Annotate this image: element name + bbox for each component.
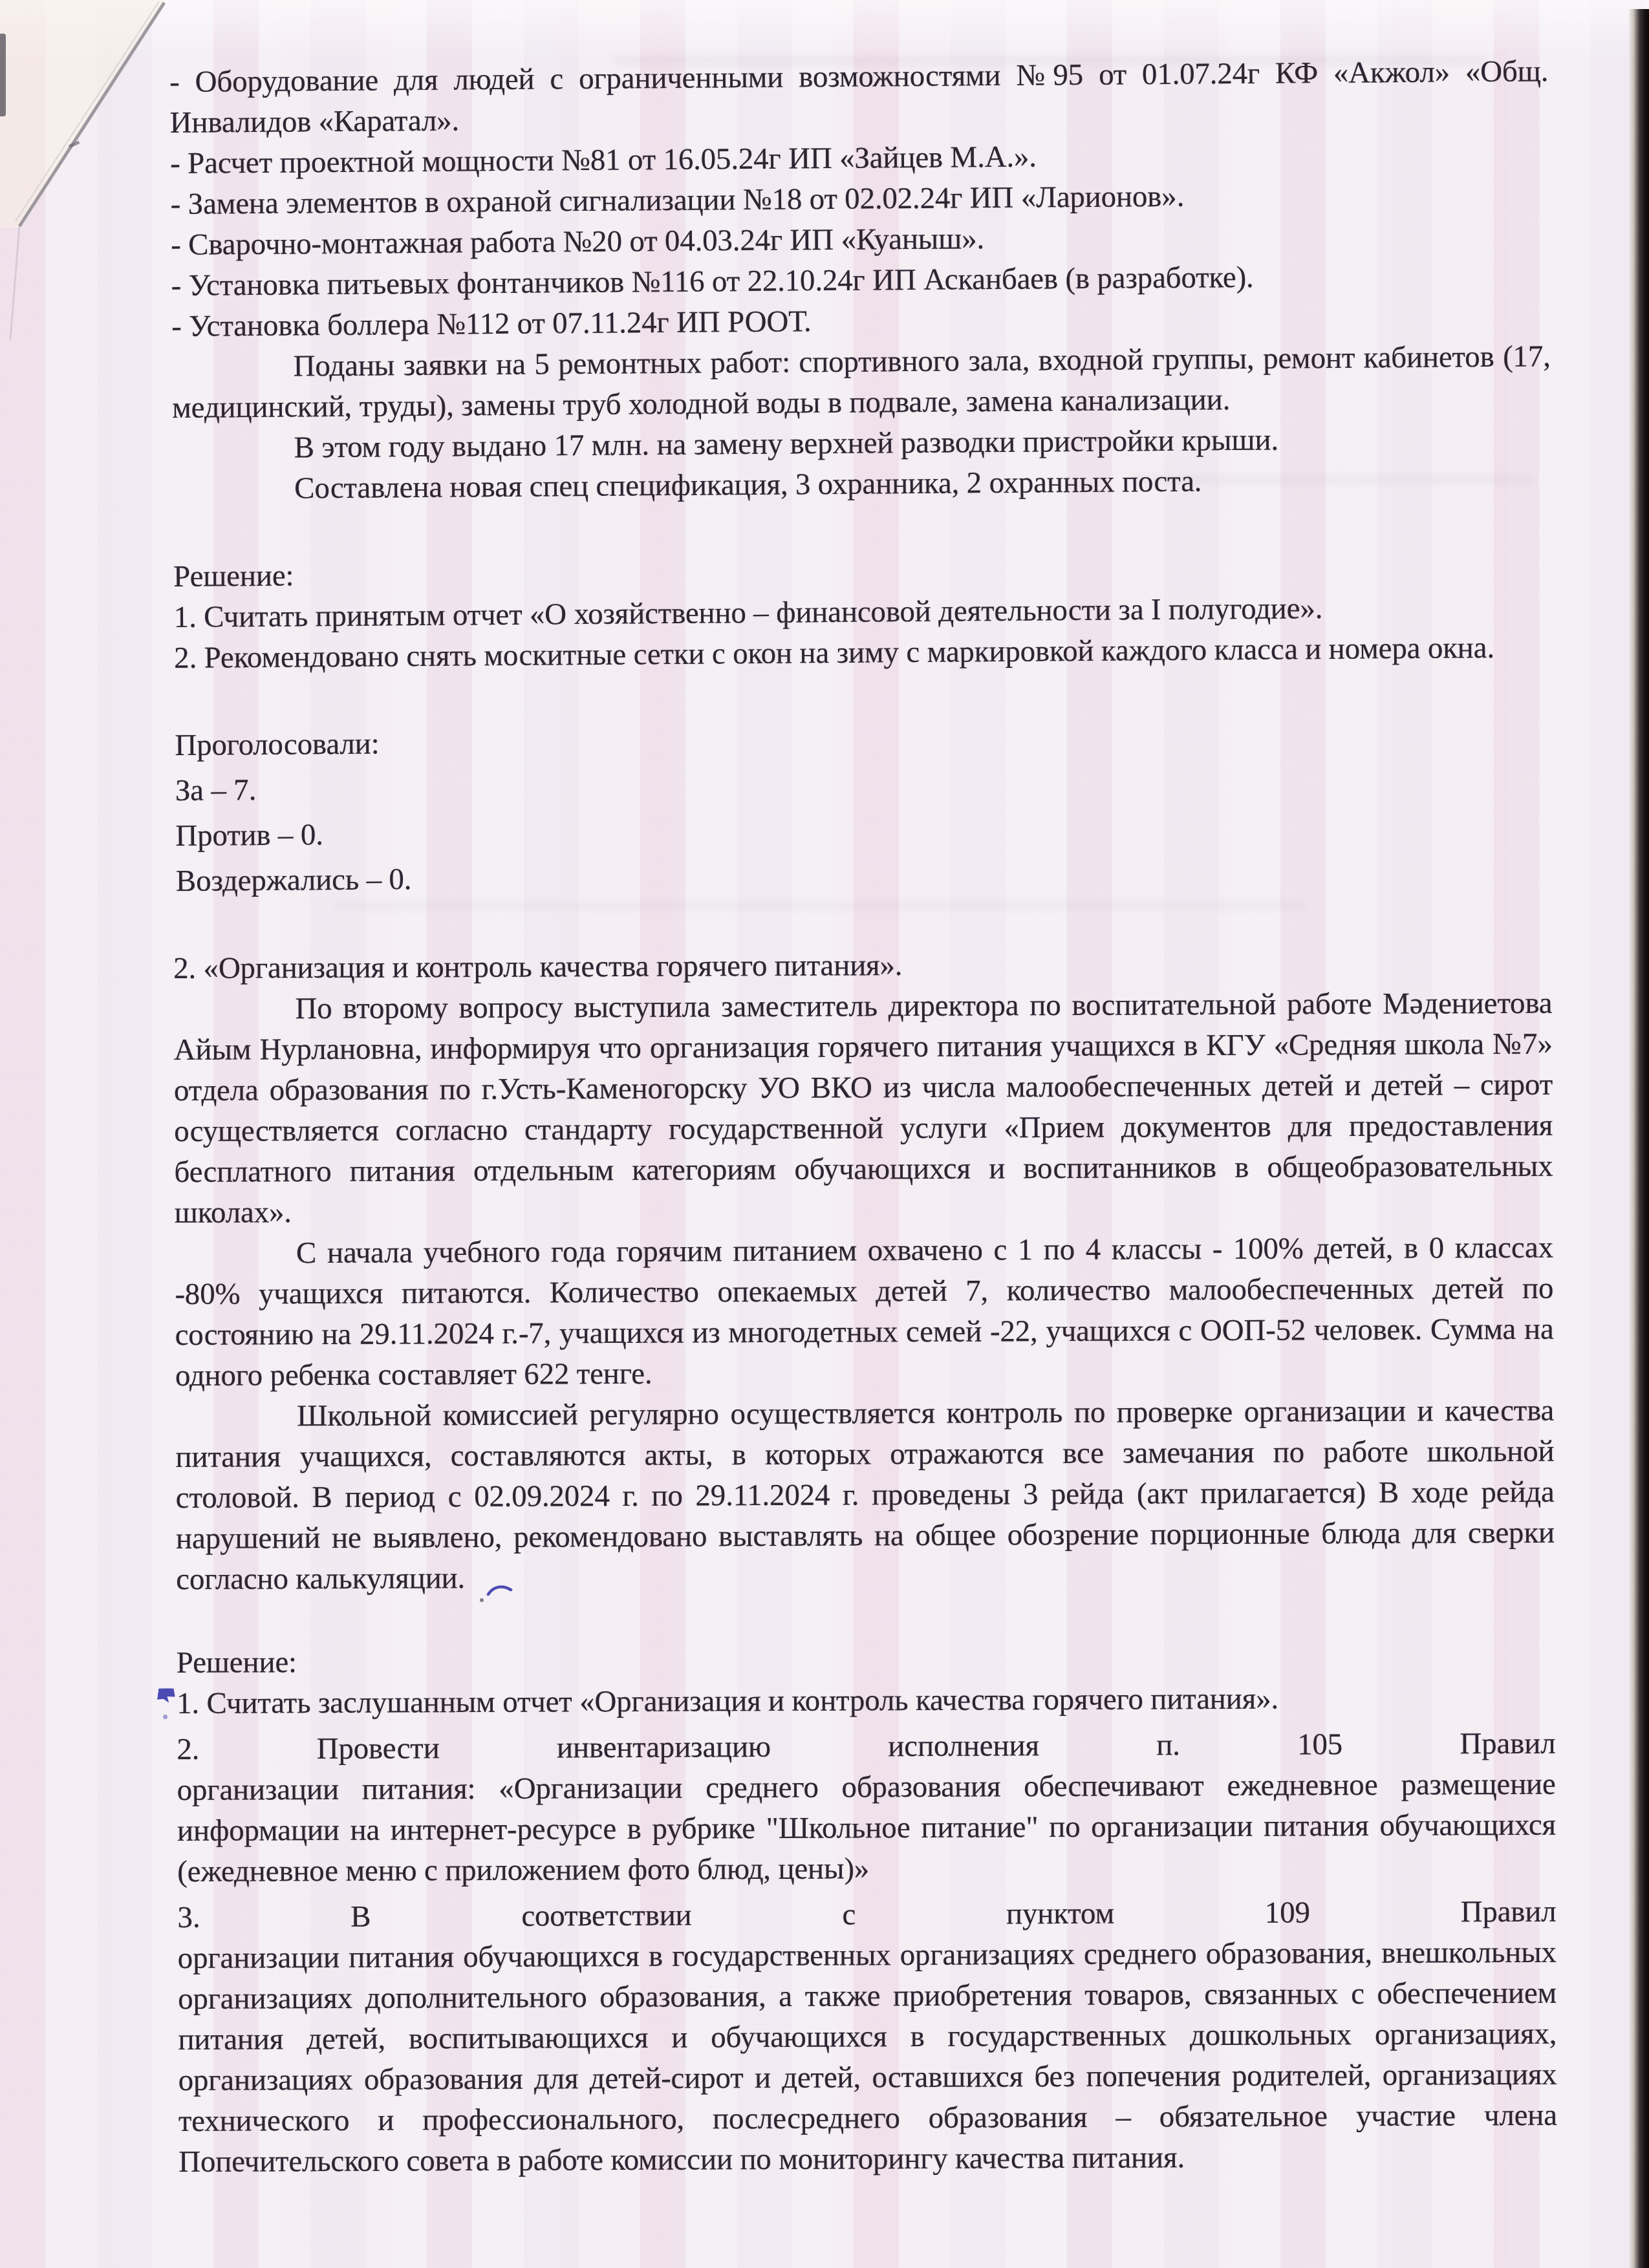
section2: 2. «Организация и контроль качества горя… (173, 943, 1557, 2183)
works-list-item: - Оборудование для людей с ограниченными… (169, 51, 1549, 144)
scanned-page: - Оборудование для людей с ограниченными… (0, 0, 1649, 2268)
decision-heading: Решение: (177, 1637, 1555, 1684)
paragraph: С начала учебного года горячим питанием … (175, 1228, 1554, 1396)
scan-right-edge-shadow (1628, 9, 1649, 2268)
section1: - Оборудование для людей с ограниченными… (169, 51, 1555, 902)
vote-line-abstained: Воздержались – 0. (176, 850, 1555, 902)
paragraph: Школьной комиссией регулярно осуществляе… (175, 1391, 1555, 1600)
decision-item: 1. Считать заслушанным отчет «Организаци… (177, 1678, 1555, 1724)
paragraph: Поданы заявки на 5 ремонтных работ: спор… (171, 336, 1551, 429)
decision-item-first-line: 2. Провести инвентаризацию исполнения п.… (177, 1724, 1555, 1770)
vote-heading: Проголосовали: (175, 714, 1553, 766)
decision-item-continuation: организации питания: «Организации средне… (177, 1764, 1557, 1892)
section2-title: 2. «Организация и контроль качества горя… (173, 943, 1552, 989)
paragraph: По второму вопросу выступила заместитель… (173, 983, 1553, 1234)
scan-left-edge-artifact (0, 34, 6, 116)
vote-line-against: Против – 0. (175, 805, 1554, 857)
decision-item-first-line: 3. В соответствии с пунктом 109 Правил (177, 1892, 1556, 1938)
document-body: - Оборудование для людей с ограниченными… (169, 56, 1557, 2183)
pen-mark-arrow (157, 1686, 177, 1704)
decision-item-continuation: организации питания обучающихся в госуда… (178, 1932, 1558, 2183)
vote-line-for: За – 7. (175, 760, 1554, 811)
pen-mark-arrow-speck (163, 1715, 167, 1719)
